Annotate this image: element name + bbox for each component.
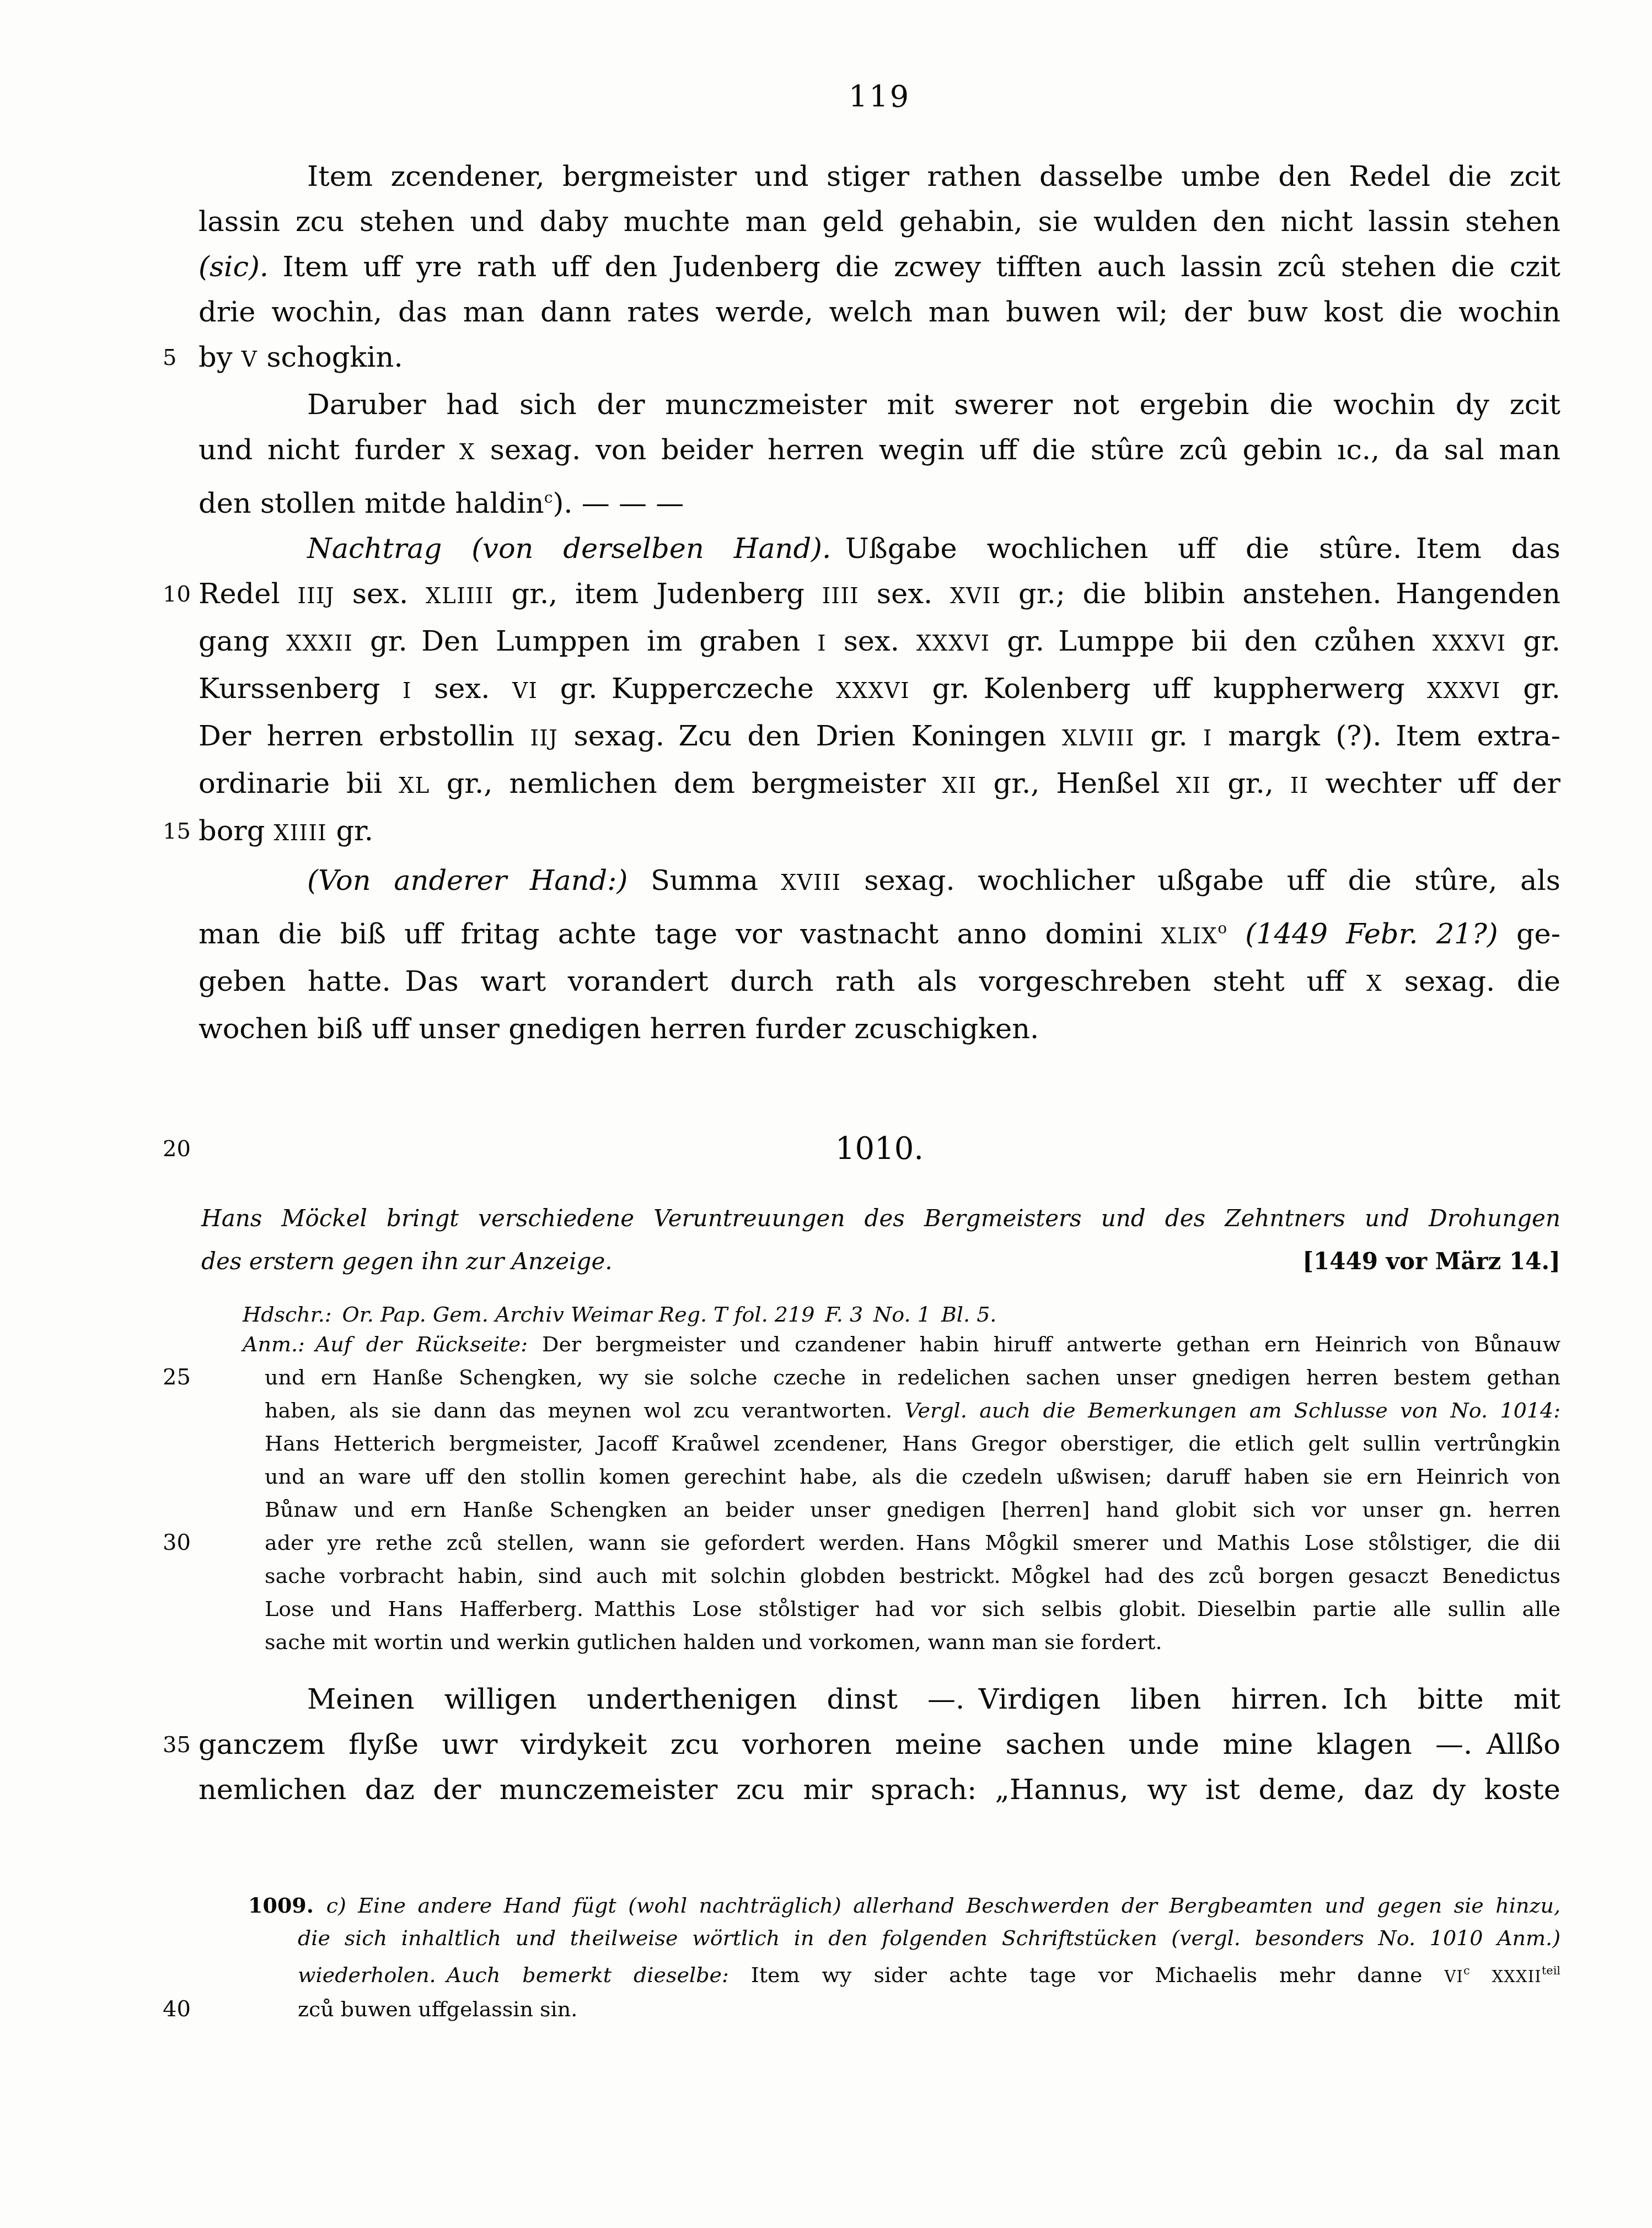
text-line: wochen biß uff unser gnedigen herren fur… [199, 1007, 1560, 1052]
text-segment: Nachtrag (von derselben Hand). [307, 533, 831, 565]
text-line: (Von anderer Hand:) Summa xviii sexag. w… [199, 858, 1560, 906]
headnote-summary-line-2: des erstern gegen ihn zur Anzeige. [1449… [201, 1240, 1560, 1283]
text-segment: teil [1542, 1964, 1560, 1977]
text-segment: ordinarie bii [199, 767, 399, 800]
margin-line-number: 40 [163, 1993, 190, 2026]
text-line: 5by v schogkin. [199, 335, 1560, 383]
text-segment: ganczem flyße uwr virdykeit zcu vorhoren… [199, 1728, 1560, 1761]
text-line: nemlichen daz der munczemeister zcu mir … [199, 1768, 1560, 1813]
margin-line-number: 30 [163, 1526, 190, 1559]
text-segment: Redel [199, 578, 297, 610]
text-segment: c) Eine andere Hand fügt (wohl nachträgl… [326, 1893, 1560, 1918]
document-date: [1449 vor März 14.] [1302, 1240, 1560, 1283]
text-segment: gang [199, 625, 286, 658]
text-segment: vi [1444, 1967, 1463, 1986]
text-line: 25und ern Hanße Schengken, wy sie solche… [265, 1361, 1560, 1394]
text-segment: Lose und Hans Hafferberg. Matthis Lose s… [265, 1597, 1560, 1621]
text-segment: xii [942, 774, 977, 798]
paragraph-nachtrag: Nachtrag (von derselben Hand). Ußgabe wo… [199, 527, 1560, 856]
text-line: 201010. [199, 1128, 1560, 1170]
text-segment: gr. Kupperczeche [538, 673, 836, 705]
text-segment: Hans Möckel bringt verschiedene Veruntre… [201, 1205, 1560, 1232]
text-segment: borg [199, 815, 274, 847]
text-segment: sex. [827, 625, 916, 658]
text-line: Hans Hetterich bergmeister, Jacoff Kraůw… [265, 1427, 1560, 1460]
margin-line-number: 35 [163, 1722, 190, 1768]
text-line: lassin zcu stehen und daby muchte man ge… [199, 200, 1560, 245]
text-segment: c [544, 488, 553, 507]
text-line: 10Redel iiij sex. xliiii gr., item Juden… [199, 572, 1560, 619]
text-segment: sex. [412, 673, 512, 705]
text-segment: iij [530, 726, 559, 751]
text-segment: 1009. [248, 1893, 326, 1918]
margin-line-number: 10 [163, 572, 190, 617]
text-line: drie wochin, das man dann rates werde, w… [199, 290, 1560, 335]
text-segment: gr. [327, 815, 373, 847]
text-line: Nachtrag (von derselben Hand). Ußgabe wo… [199, 527, 1560, 572]
text-segment: wechter uff der [1309, 767, 1560, 800]
text-segment: (sic). [199, 251, 269, 283]
text-line: Meinen willigen underthenigen dinst —. V… [199, 1677, 1560, 1722]
text-segment: Ußgabe wochlichen uff die stûre. Item da… [831, 533, 1560, 565]
text-segment: gr., [1211, 767, 1290, 800]
text-line: 15borg xiiii gr. [199, 809, 1560, 856]
text-segment: wiederholen. Auch bemerkt dieselbe: [298, 1963, 729, 1987]
text-line: die sich inhaltlich und theilweise wörtl… [298, 1922, 1560, 1955]
text-segment: zců buwen uffgelassin sin. [298, 1997, 577, 2021]
text-segment: v [242, 347, 258, 372]
text-segment: xlviii [1062, 726, 1135, 751]
text-segment: und nicht furder [199, 434, 459, 466]
text-line: Hans Möckel bringt verschiedene Veruntre… [201, 1197, 1560, 1240]
text-line: 1009. c) Eine andere Hand fügt (wohl nac… [298, 1889, 1560, 1922]
text-line: wiederholen. Auch bemerkt dieselbe: Item… [298, 1955, 1560, 1993]
text-segment: Kurssenberg [199, 673, 403, 705]
text-segment: Vergl. auch die Bemerkungen am Schlusse … [905, 1398, 1560, 1422]
text-segment: vi [512, 679, 538, 704]
text-line: Bůnaw und ern Hanße Schengken an beider … [265, 1493, 1560, 1526]
letter-opening-paragraph: Meinen willigen underthenigen dinst —. V… [199, 1677, 1560, 1813]
text-segment: sexag. die [1382, 965, 1560, 998]
text-segment: gr. Lumppe bii den czůhen [990, 625, 1433, 658]
text-segment: drie wochin, das man dann rates werde, w… [199, 296, 1560, 329]
text-line: und an ware uff den stollin komen gerech… [265, 1460, 1560, 1493]
text-line: haben, als sie dann das meynen wol zcu v… [265, 1394, 1560, 1427]
text-line: Anm.: Auf der Rückseite: Der bergmeister… [265, 1328, 1560, 1361]
footnote-1009: 1009. c) Eine andere Hand fügt (wohl nac… [298, 1889, 1560, 2026]
text-segment: (Von anderer Hand:) [307, 865, 627, 897]
text-segment: sex. [859, 578, 950, 610]
text-segment: Summa [627, 865, 781, 897]
text-segment: xliiii [426, 584, 494, 609]
text-line: (sic). Item uff yre rath uff den Judenbe… [199, 245, 1560, 290]
text-segment [1227, 918, 1245, 951]
annotation-block: Anm.: Auf der Rückseite: Der bergmeister… [265, 1328, 1560, 1658]
text-segment: c [1463, 1964, 1470, 1977]
text-segment: Item wy sider achte tage vor Michaelis m… [729, 1963, 1445, 1987]
text-segment: gr. Den Lumppen im graben [353, 625, 817, 658]
entry-1010-heading: 201010. [199, 1128, 1560, 1170]
text-segment: und ern Hanße Schengken, wy sie solche c… [265, 1365, 1560, 1389]
text-line: sache vorbracht habin, sind auch mit sol… [265, 1559, 1560, 1592]
text-segment: by [199, 341, 242, 374]
text-segment: xxxii [286, 631, 353, 656]
text-segment: xviii [781, 871, 841, 895]
text-segment: xlix [1161, 924, 1217, 949]
text-segment: sex. [335, 578, 426, 610]
text-segment: gr., item Judenberg [494, 578, 822, 610]
text-segment: nemlichen daz der munczemeister zcu mir … [199, 1774, 1560, 1806]
text-segment: xvii [950, 584, 1001, 609]
text-line: 35ganczem flyße uwr virdykeit zcu vorhor… [199, 1722, 1560, 1768]
text-segment: sache vorbracht habin, sind auch mit sol… [265, 1564, 1560, 1588]
text-segment: x [1366, 971, 1382, 996]
text-segment: xxxvi [1433, 631, 1506, 656]
scanned-book-page: 119 Item zcendener, bergmeister und stig… [0, 0, 1652, 2228]
text-segment: und an ware uff den stollin komen gerech… [265, 1464, 1560, 1489]
text-segment: Hans Hetterich bergmeister, Jacoff Kraůw… [265, 1431, 1560, 1456]
text-line: geben hatte. Das wart vorandert durch ra… [199, 959, 1560, 1007]
text-segment: sexag. wochlicher ußgabe uff die stûre, … [841, 865, 1560, 897]
headnote-summary-text: des erstern gegen ihn zur Anzeige. [201, 1240, 613, 1283]
text-segment: ader yre rethe zců stellen, wann sie gef… [265, 1531, 1560, 1555]
entry-1009-text: Item zcendener, bergmeister und stiger r… [199, 154, 1560, 1052]
text-segment: ii [1290, 774, 1309, 798]
text-segment: xxxii [1492, 1967, 1542, 1986]
text-segment: gr. [1135, 720, 1203, 753]
text-segment: iiii [822, 584, 859, 609]
margin-line-number: 5 [163, 335, 190, 380]
text-segment: xl [399, 774, 430, 798]
text-segment: schogkin. [258, 341, 403, 374]
text-segment: wochen biß uff unser gnedigen herren fur… [199, 1013, 1039, 1045]
text-segment: xii [1176, 774, 1211, 798]
text-line: gang xxxii gr. Den Lumppen im graben i s… [199, 619, 1560, 667]
text-segment: xxxvi [916, 631, 990, 656]
text-segment: i [817, 631, 827, 656]
margin-line-number: 25 [163, 1361, 190, 1394]
text-segment: iiij [297, 584, 335, 609]
text-line: ordinarie bii xl gr., nemlichen dem berg… [199, 761, 1560, 809]
text-segment: gr., Henßel [977, 767, 1177, 800]
text-segment: Der bergmeister und czandener habin hiru… [528, 1332, 1560, 1356]
text-line: Der herren erbstollin iij sexag. Zcu den… [199, 714, 1560, 761]
text-segment: Item uff yre rath uff den Judenberg die … [269, 251, 1560, 283]
text-segment: gr. [1501, 673, 1560, 705]
text-segment: Daruber had sich der munczmeister mit sw… [307, 389, 1560, 421]
text-segment: xxxvi [836, 679, 910, 704]
text-segment: Bůnaw und ern Hanße Schengken an beider … [265, 1497, 1560, 1522]
text-segment: sexag. von beider herren wegin uff die s… [475, 434, 1560, 466]
page-number: 119 [199, 80, 1560, 114]
paragraph-item-zcendener: Item zcendener, bergmeister und stiger r… [199, 154, 1560, 383]
text-segment: o [1217, 919, 1227, 937]
text-line: man die biß uff fritag achte tage vor va… [199, 906, 1560, 959]
text-line: Lose und Hans Hafferberg. Matthis Lose s… [265, 1592, 1560, 1625]
text-segment: den stollen mitde haldin [199, 487, 544, 520]
text-segment: gr. Kolenberg uff kuppherwerg [910, 673, 1427, 705]
paragraph-von-anderer-hand: (Von anderer Hand:) Summa xviii sexag. w… [199, 858, 1560, 1052]
text-segment: Meinen willigen underthenigen dinst —. V… [307, 1683, 1560, 1716]
text-segment [1470, 1963, 1492, 1987]
text-segment: i [403, 679, 412, 704]
text-segment: x [459, 440, 475, 465]
text-segment: i [1203, 726, 1213, 751]
text-line: Item zcendener, bergmeister und stiger r… [199, 154, 1560, 200]
text-segment: xxxvi [1427, 679, 1501, 704]
text-segment: haben, als sie dann das meynen wol zcu v… [265, 1398, 905, 1422]
text-segment: die sich inhaltlich und theilweise wörtl… [298, 1926, 1560, 1950]
headnote-summary-line-1: Hans Möckel bringt verschiedene Veruntre… [201, 1197, 1560, 1240]
text-line: 30ader yre rethe zců stellen, wann sie g… [265, 1526, 1560, 1559]
text-segment: Der herren erbstollin [199, 720, 530, 753]
text-segment: ). — — — [553, 487, 684, 520]
text-segment: Anm.: Auf der Rückseite: [243, 1332, 528, 1356]
text-line: Kurssenberg i sex. vi gr. Kupperczeche x… [199, 667, 1560, 714]
text-line: 40zců buwen uffgelassin sin. [298, 1993, 1560, 2026]
text-segment: sexag. Zcu den Drien Koningen [558, 720, 1062, 753]
text-segment: 1010. [835, 1131, 924, 1167]
text-segment: lassin zcu stehen und daby muchte man ge… [199, 206, 1560, 238]
text-segment: man die biß uff fritag achte tage vor va… [199, 918, 1161, 951]
text-segment: Hdschr.: Or. Pap. Gem. Archiv Weimar Reg… [243, 1302, 996, 1327]
text-line: sache mit wortin und werkin gutlichen ha… [265, 1625, 1560, 1658]
text-line: und nicht furder x sexag. von beider her… [199, 428, 1560, 475]
text-segment: Item zcendener, bergmeister und stiger r… [307, 160, 1560, 193]
text-segment: ge- [1498, 918, 1560, 951]
text-segment: margk (?). Item extra- [1213, 720, 1560, 753]
text-line: Daruber had sich der munczmeister mit sw… [199, 383, 1560, 428]
margin-line-number: 20 [163, 1128, 190, 1170]
text-segment: xiiii [274, 821, 328, 846]
source-reference-line: Hdschr.: Or. Pap. Gem. Archiv Weimar Reg… [265, 1298, 1560, 1331]
paragraph-daruber: Daruber had sich der munczmeister mit sw… [199, 383, 1560, 527]
text-segment: (1449 Febr. 21?) [1245, 918, 1498, 951]
text-segment: gr., nemlichen dem bergmeister [430, 767, 942, 800]
text-line: den stollen mitde haldinc). — — — [199, 475, 1560, 527]
text-segment: sache mit wortin und werkin gutlichen ha… [265, 1630, 1162, 1654]
margin-line-number: 15 [163, 809, 190, 854]
text-line: Hdschr.: Or. Pap. Gem. Archiv Weimar Reg… [265, 1298, 1560, 1331]
entry-1010-headnote: Hans Möckel bringt verschiedene Veruntre… [201, 1197, 1560, 1283]
text-segment: gr.; die blibin anstehen. Hangenden [1001, 578, 1560, 610]
text-segment: gr. [1506, 625, 1560, 658]
text-segment: geben hatte. Das wart vorandert durch ra… [199, 965, 1366, 998]
